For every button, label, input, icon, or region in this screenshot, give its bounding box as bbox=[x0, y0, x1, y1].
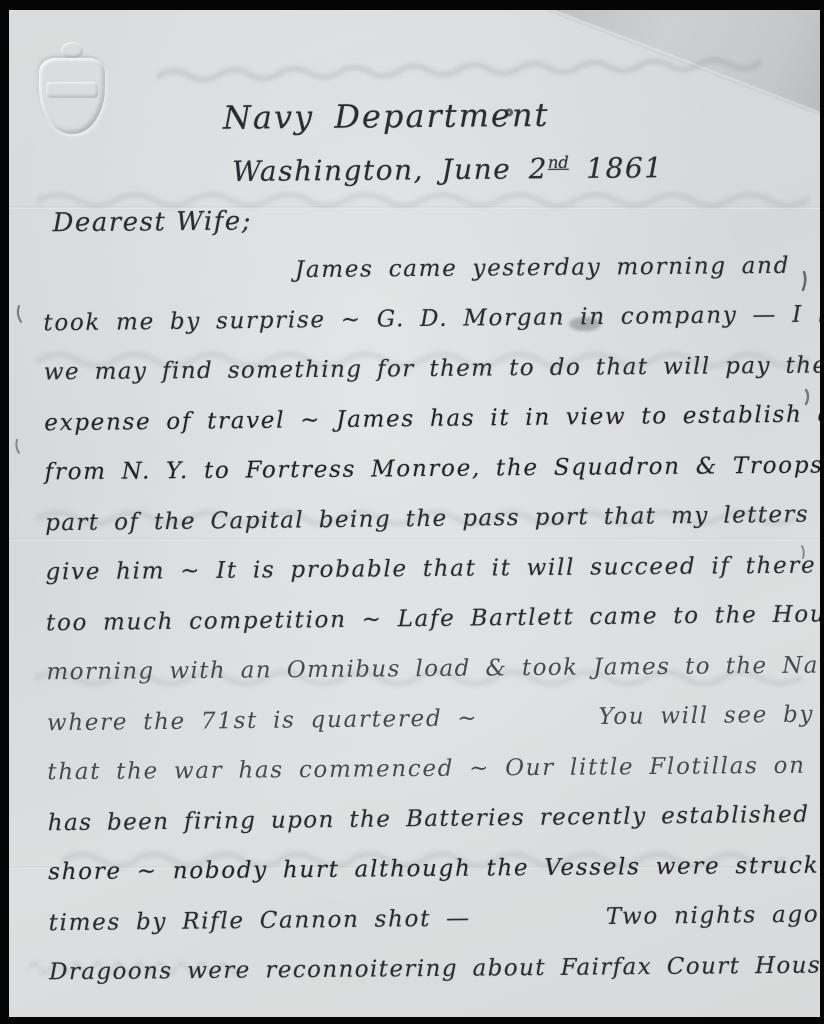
letterhead: Navy Department bbox=[41, 93, 800, 140]
salutation: Dearest Wife; bbox=[52, 201, 801, 240]
letter-line: too much competition ~ Lafe Bartlett cam… bbox=[46, 590, 806, 649]
letter-line: James came yesterday morning and bbox=[43, 241, 802, 298]
letter-line: from N. Y. to Fortress Monroe, the Squad… bbox=[45, 441, 804, 498]
letter-line: has been firing upon the Batteries recen… bbox=[48, 790, 808, 849]
dateline-year: 1861 bbox=[569, 151, 664, 185]
letter-content: Navy Department Washington, June 2nd 186… bbox=[41, 10, 809, 998]
letter-line: times by Rifle Cannon shot — Two nights … bbox=[48, 890, 808, 949]
letter-paper: Navy Department Washington, June 2nd 186… bbox=[9, 10, 820, 1017]
letter-line: we may find something for them to do tha… bbox=[44, 341, 803, 398]
letter-line: where the 71st is quartered ~ You will s… bbox=[47, 690, 807, 749]
dateline: Washington, June 2nd 1861 bbox=[232, 143, 801, 190]
letter-line: Dragoons were reconnoitering about Fairf… bbox=[49, 941, 808, 998]
letter-line: morning with an Omnibus load & took Jame… bbox=[46, 641, 805, 698]
dateline-text: Washington, June 2 bbox=[232, 152, 548, 188]
letter-line: took me by surprise ~ G. D. Morgan in co… bbox=[43, 290, 803, 349]
scanned-letter-page: Navy Department Washington, June 2nd 186… bbox=[0, 0, 824, 1024]
letter-line: expense of travel ~ James has it in view… bbox=[44, 390, 804, 449]
dateline-ordinal: nd bbox=[548, 153, 569, 172]
letter-line: give him ~ It is probable that it will s… bbox=[45, 541, 804, 598]
letter-line: part of the Capital being the pass port … bbox=[45, 490, 805, 549]
letter-line: that the war has commenced ~ Our little … bbox=[47, 741, 806, 798]
letter-line: shore ~ nobody hurt although the Vessels… bbox=[48, 841, 807, 898]
letter-body: James came yesterday morning and took me… bbox=[43, 241, 809, 998]
